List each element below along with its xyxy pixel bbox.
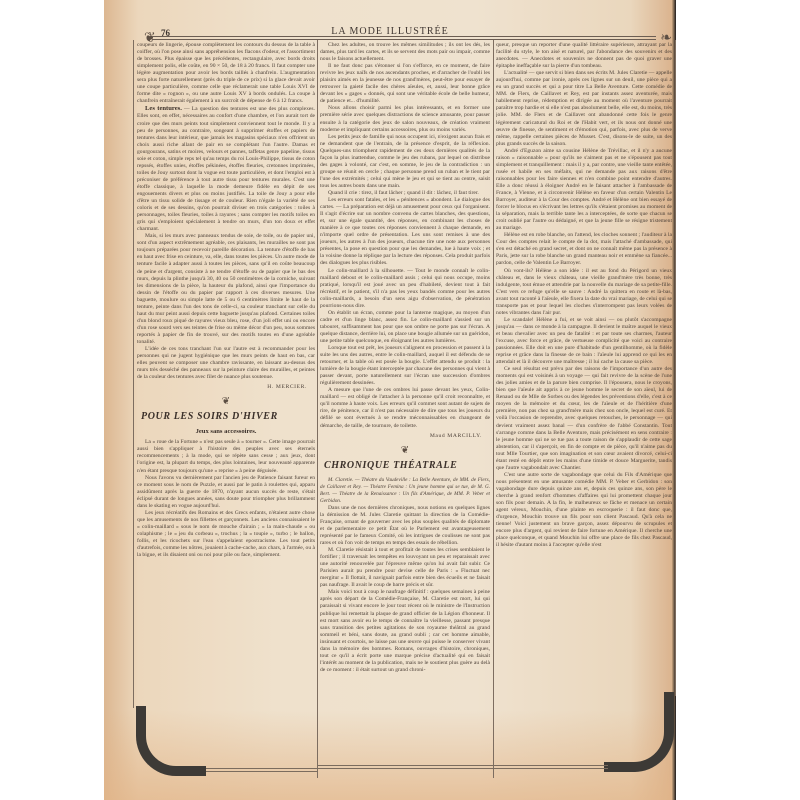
paragraph: M. Claretie résistait à tout et profitai…	[320, 547, 490, 589]
paragraph: A mesure que l'une de ces ombres lui pas…	[320, 387, 490, 429]
paragraph: Dans une de nos dernières chroniques, no…	[320, 505, 490, 547]
paragraph: C'est une autre sorte de vagabondage que…	[496, 472, 672, 550]
paragraph-tentures: Les tentures. — La question des tentures…	[137, 105, 315, 233]
paragraph: La « roue de la Fortune » n'est pas seul…	[137, 439, 315, 474]
section-title-chronique-theatrale: CHRONIQUE THÉATRALE	[324, 460, 490, 472]
theatre-credits: M. Claretie. — Théatre du Vaudeville : L…	[320, 477, 490, 505]
paragraph: Hélène est en robe blanche, on l'attend,…	[496, 232, 672, 267]
paragraph: Chez les adultes, on trouve les mêmes si…	[320, 42, 490, 63]
column-rule-right	[675, 40, 676, 696]
paragraph: queur, presque un reporter d'une qualité…	[496, 42, 672, 70]
paragraph: Lorsque tout est prêt, les joueurs s'ali…	[320, 345, 490, 387]
section-lead-tentures: Les tentures.	[145, 105, 182, 112]
paragraph: Mais, si les murs avec panneaux tendus d…	[137, 233, 315, 346]
paragraph: Quand il crie : tirez, il faut lâcher ; …	[320, 190, 490, 197]
blank-margin	[676, 0, 800, 800]
column-rule-left	[133, 40, 134, 708]
paragraph: Nous allons choisir parmi les plus intér…	[320, 105, 490, 133]
paragraph: Le scandale! Hélène a fui, et se voit ai…	[496, 317, 672, 366]
column-2: Chez les adultes, on trouve les mêmes si…	[320, 42, 490, 772]
column-rule-2	[493, 40, 494, 778]
paragraph: L'idée de ces tons tranchant l'un sur l'…	[137, 346, 315, 381]
paragraph-text: — La question des tentures est une des p…	[137, 106, 315, 232]
author-signature: H. MERCIER.	[137, 384, 307, 391]
paragraph: coupeurs de lingerie, épouse complètemen…	[137, 42, 315, 105]
paragraph: Les erreurs sont fatales, et les « pénit…	[320, 197, 490, 267]
column-rule-1	[317, 40, 318, 778]
section-subtitle: Jeux sans accessoires.	[137, 428, 315, 435]
author-signature: Maud MARCILLY.	[320, 433, 482, 440]
ornament-icon: ❦	[137, 397, 315, 407]
bottom-rule-center	[318, 765, 608, 769]
ornament-icon: ❦	[320, 446, 490, 456]
column-1: coupeurs de lingerie, épouse complètemen…	[137, 42, 315, 744]
column-3: queur, presque un reporter d'une qualité…	[496, 42, 672, 748]
paragraph: André d'Eguzon aime sa cousine Hélène de…	[496, 148, 672, 233]
header-rule	[152, 36, 656, 40]
bottom-rule-left	[206, 768, 318, 772]
paragraph: On établit un écran, comme pour la lante…	[320, 310, 490, 345]
paragraph: Il ne faut donc pas s'étonner si l'on s'…	[320, 63, 490, 105]
paragraph: Nous l'avons vu dernièrement par l'ancie…	[137, 475, 315, 510]
paragraph: Mais voici tout à coup le naufrage défin…	[320, 589, 490, 674]
paragraph: Le colin-maillard à la silhouette. — Tou…	[320, 268, 490, 310]
paragraph: L'actualité — que servit si bien dans se…	[496, 70, 672, 148]
paragraph: Les jeux récréatifs des Romains et des G…	[137, 510, 315, 559]
section-title-soirs-hiver: POUR LES SOIRS D'HIVER	[141, 411, 315, 423]
paragraph: Les petits jeux de famille qui nous occu…	[320, 134, 490, 190]
paragraph: Ce seul résultat est prévu par des raiso…	[496, 366, 672, 472]
paragraph: Où vont-ils? Hélène a son idée : il est …	[496, 268, 672, 317]
